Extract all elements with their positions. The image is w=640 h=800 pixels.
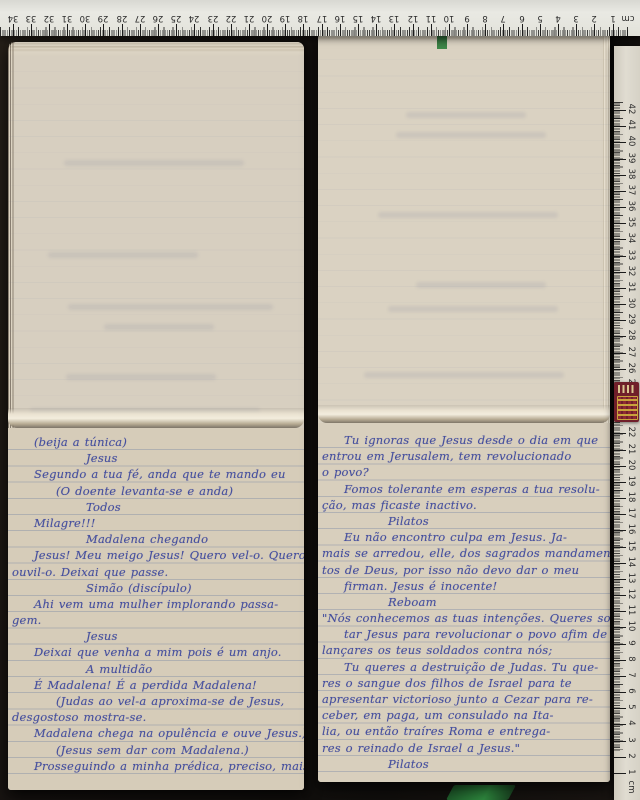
handwritten-line: tar Jesus para revolucionar o povo afim … [318,626,610,642]
page-curl-fold [8,408,304,428]
ruler-tick [613,24,614,36]
ruler-tick [614,660,626,661]
bleedthrough-ghost-line [104,324,214,330]
handwritten-line: (Jesus sem dar com Madalena.) [8,742,304,758]
ruler-tick [358,24,359,36]
ruler-number: 38 [626,167,636,181]
ruler-tick [140,24,141,36]
top-ruler: 1234567891011121314151617181920212223242… [0,0,640,36]
ruler-tick [614,563,626,564]
ruler-number: 7 [626,668,636,682]
ruler-number: 10 [442,13,456,23]
handwritten-line: Simão (discípulo) [8,580,304,596]
ruler-number: 22 [224,13,238,23]
ruler-tick [614,627,626,628]
ruler-unit-label: cm [621,13,635,23]
ruler-tick [614,692,626,693]
bleedthrough-ghost-line [388,306,558,312]
handwritten-line: Madalena chegando [8,531,304,547]
bleedthrough-ghost-line [396,132,546,138]
handwritten-line: (Judas ao vel-a aproxima-se de Jesus, [8,693,304,709]
ruler-tick [413,24,414,36]
ruler-number: 8 [478,13,492,23]
ruler-tick [614,757,626,758]
handwritten-line: tos de Deus, por isso não devo dar o meu [318,562,610,578]
ruler-tick [267,24,268,36]
ruler-number: 15 [626,539,636,553]
ruler-tick [503,24,504,36]
ruler-number: 18 [296,13,310,23]
ruler-tick [67,24,68,36]
handwritten-line: Eu não encontro culpa em Jesus. Ja- [318,529,610,545]
ruler-tick [449,24,450,36]
ruler-tick [231,24,232,36]
ruler-tick [614,369,626,370]
ruler-number: 18 [626,490,636,504]
ruler-tick [614,353,626,354]
handwritten-line: lia, ou então traíres Roma e entrega- [318,723,610,739]
handwritten-line: Tu ignoras que Jesus desde o dia em que [318,432,610,448]
ruler-number: 17 [626,506,636,520]
ruler-number: 41 [626,118,636,132]
ruler-number: 3 [626,733,636,747]
ruler-number: 13 [387,13,401,23]
handwritten-line: É Madalena! É a perdida Madalena! [8,677,304,693]
ruler-number: 28 [115,13,129,23]
ruler-number: 32 [626,264,636,278]
ruler-tick [614,256,626,257]
ruler-tick [194,24,195,36]
handwritten-line: Jesus [8,450,304,466]
ruler-number: 2 [587,13,601,23]
ruler-number: 1 [626,765,636,779]
green-backing-strip-bottom [446,785,516,800]
ruler-tick [614,466,626,467]
handwritten-line: Todos [8,499,304,515]
bleedthrough-ghost-line [416,282,546,288]
handwritten-line: Tu queres a destruição de Judas. Tu que- [318,659,610,675]
ruler-number: 19 [626,474,636,488]
ruler-tick [49,24,50,36]
ruler-tick [614,676,626,677]
left-notepad: (beija a túnica) Jesus Segundo a tua fé,… [8,42,304,790]
ruler-tick [614,159,626,160]
ruler-number: 6 [626,684,636,698]
ruler-number: 29 [96,13,110,23]
handwritten-line: firman. Jesus é inocente! [318,578,610,594]
handwritten-line: o povo? [318,464,610,480]
ruler-number: 31 [626,280,636,294]
handwritten-line: ouvil-o. Deixai que passe. [8,564,304,580]
handwritten-line: Pilatos [318,756,610,772]
ruler-tick [614,126,626,127]
ruler-tick [614,482,626,483]
handwritten-line: "Nós conhecemos as tuas intenções. Quere… [318,610,610,626]
ruler-tick [31,24,32,36]
handwritten-line: A multidão [8,661,304,677]
ruler-number: 31 [60,13,74,23]
handwritten-line: Deixai que venha a mim pois é um anjo. [8,644,304,660]
side-ruler: 4241403938373635343332313029282726252423… [614,46,640,800]
emblem-glyph [617,396,638,420]
handwritten-line: Prosseguindo a minha prédica, preciso, m… [8,758,304,774]
bleedthrough-ghost-line [68,304,273,310]
ruler-number: 22 [626,425,636,439]
ruler-number: 42 [626,102,636,116]
ruler-tick [614,175,626,176]
ruler-tick [614,741,626,742]
ruler-tick [176,24,177,36]
ruler-number: 4 [626,716,636,730]
ruler-tick [614,142,626,143]
ruler-number: 9 [626,636,636,650]
ruler-number: 34 [6,13,20,23]
ruler-number: 15 [351,13,365,23]
ruler-tick [614,272,626,273]
ruler-number: 20 [626,458,636,472]
ruler-number: 19 [278,13,292,23]
ruler-tick [85,24,86,36]
blank-verso-area [318,44,610,405]
archive-emblem-stamp [614,382,639,422]
ruler-number: 24 [187,13,201,23]
ruler-number: 27 [626,345,636,359]
ruler-number: 26 [626,361,636,375]
ruler-tick [614,433,626,434]
ruler-tick [614,304,626,305]
ruler-number: 25 [169,13,183,23]
handwritten-line: apresentar victorioso junto a Cezar para… [318,691,610,707]
ruler-number: 5 [626,700,636,714]
ruler-number: 29 [626,312,636,326]
ruler-tick [614,708,626,709]
ruler-tick [614,239,626,240]
ruler-number: 40 [626,134,636,148]
ruler-tick [340,24,341,36]
handwritten-line: Pilatos [318,513,610,529]
ruler-number: 7 [496,13,510,23]
ruler-tick [158,24,159,36]
handwritten-text-block: (beija a túnica) Jesus Segundo a tua fé,… [8,434,304,785]
ruler-tick [431,24,432,36]
ruler-number: 11 [626,603,636,617]
ruler-unit-label: cm [626,780,636,794]
handwritten-line: lançares os teus soldados contra nós; [318,642,610,658]
ruler-tick [522,24,523,36]
ruler-number: 21 [242,13,256,23]
ruler-tick [558,24,559,36]
ruler-tick [614,320,626,321]
bleedthrough-ghost-line [66,374,216,380]
ruler-number: 10 [626,619,636,633]
ruler-tick [322,24,323,36]
handwritten-line: (O doente levanta-se e anda) [8,483,304,499]
handwritten-line: Madalena chega na opulência e ouve Jesus… [8,725,304,741]
ruler-number: 33 [24,13,38,23]
ruler-tick [614,207,626,208]
ruler-tick [540,24,541,36]
ruler-tick [13,24,14,36]
ruler-number: 12 [626,587,636,601]
handwritten-line: entrou em Jerusalem, tem revolucionado [318,448,610,464]
bleedthrough-ghost-line [378,212,558,218]
ruler-tick [614,288,626,289]
handwritten-line: ção, mas ficaste inactivo. [318,497,610,513]
ruler-tick [614,191,626,192]
blank-verso-area [8,56,304,408]
ruler-tick [614,579,626,580]
bleedthrough-ghost-line [364,372,564,378]
ruler-number: 21 [626,442,636,456]
handwritten-line: mais se arredou, elle, dos sagrados mand… [318,545,610,561]
handwritten-line: Milagre!!! [8,515,304,531]
ruler-number: 6 [515,13,529,23]
ruler-number: 2 [626,749,636,763]
ruler-number: 39 [626,151,636,165]
ruled-writing-area: Tu ignoras que Jesus desde o dia em que … [318,423,610,782]
handwritten-line: Reboam [318,594,610,610]
page-curl-fold [318,405,610,423]
handwritten-line: res o sangue dos filhos de Israel para t… [318,675,610,691]
ruler-tick [614,336,626,337]
emblem-bars [618,385,635,393]
ruler-number: 9 [460,13,474,23]
page-stack-edges [8,42,304,56]
ruler-tick [122,24,123,36]
ruler-tick [467,24,468,36]
ruler-tick [614,514,626,515]
ruler-tick [614,223,626,224]
handwritten-line: desgostoso mostra-se. [8,709,304,725]
ruler-tick [614,110,626,111]
handwritten-text-block: Tu ignoras que Jesus desde o dia em que … [318,432,610,777]
ruler-number: 30 [78,13,92,23]
ruler-number: 11 [424,13,438,23]
ruler-number: 27 [133,13,147,23]
ruler-tick [594,24,595,36]
ruler-number: 23 [206,13,220,23]
ruler-tick [376,24,377,36]
ruler-number: 36 [626,199,636,213]
bleedthrough-ghost-line [48,252,198,258]
ruler-tick [213,24,214,36]
ruler-number: 20 [260,13,274,23]
right-notepad: Tu ignoras que Jesus desde o dia em que … [318,30,610,782]
handwritten-line: Fomos tolerante em esperas a tua resolu- [318,481,610,497]
handwritten-line: (beija a túnica) [8,434,304,450]
ruler-tick [303,24,304,36]
ruler-tick [614,530,626,531]
ruler-number: 5 [533,13,547,23]
ruler-tick [103,24,104,36]
ruler-tick [614,498,626,499]
ruler-number: 16 [333,13,347,23]
ruler-tick [614,644,626,645]
ruler-tick [285,24,286,36]
handwritten-line: Jesus [8,628,304,644]
ruler-number: 1 [606,13,620,23]
ruler-number: 3 [569,13,583,23]
ruler-tick [249,24,250,36]
ruler-tick [614,773,626,774]
ruler-number: 30 [626,296,636,310]
ruler-number: 13 [626,571,636,585]
ruler-tick [614,611,626,612]
ruler-tick [394,24,395,36]
ruler-number: 14 [626,555,636,569]
ruler-number: 17 [315,13,329,23]
ruler-number: 28 [626,328,636,342]
ruler-number: 14 [369,13,383,23]
ruler-number: 35 [626,215,636,229]
ruler-number: 34 [626,231,636,245]
ruler-tick [614,547,626,548]
ruler-number: 37 [626,183,636,197]
ruler-tick [614,595,626,596]
ruler-number: 33 [626,248,636,262]
handwritten-line: gem. [8,612,304,628]
ruler-number: 8 [626,652,636,666]
ruler-tick [614,450,626,451]
handwritten-line: ceber, em paga, um consulado na Ita- [318,707,610,723]
ruler-tick [614,724,626,725]
ruled-writing-area: (beija a túnica) Jesus Segundo a tua fé,… [8,428,304,790]
handwritten-line: Segundo a tua fé, anda que te mando eu [8,466,304,482]
handwritten-line: Jesus! Meu meigo Jesus! Quero vel-o. Que… [8,547,304,563]
bleedthrough-ghost-line [64,160,244,166]
ruler-tick [485,24,486,36]
ruler-number: 4 [551,13,565,23]
ruler-number: 16 [626,522,636,536]
ruler-tick [576,24,577,36]
handwritten-line: Ahi vem uma mulher implorando passa- [8,596,304,612]
ruler-number: 12 [406,13,420,23]
bleedthrough-ghost-line [406,112,526,118]
ruler-number: 32 [42,13,56,23]
ruler-number: 26 [151,13,165,23]
handwritten-line: res o reinado de Israel a Jesus." [318,740,610,756]
